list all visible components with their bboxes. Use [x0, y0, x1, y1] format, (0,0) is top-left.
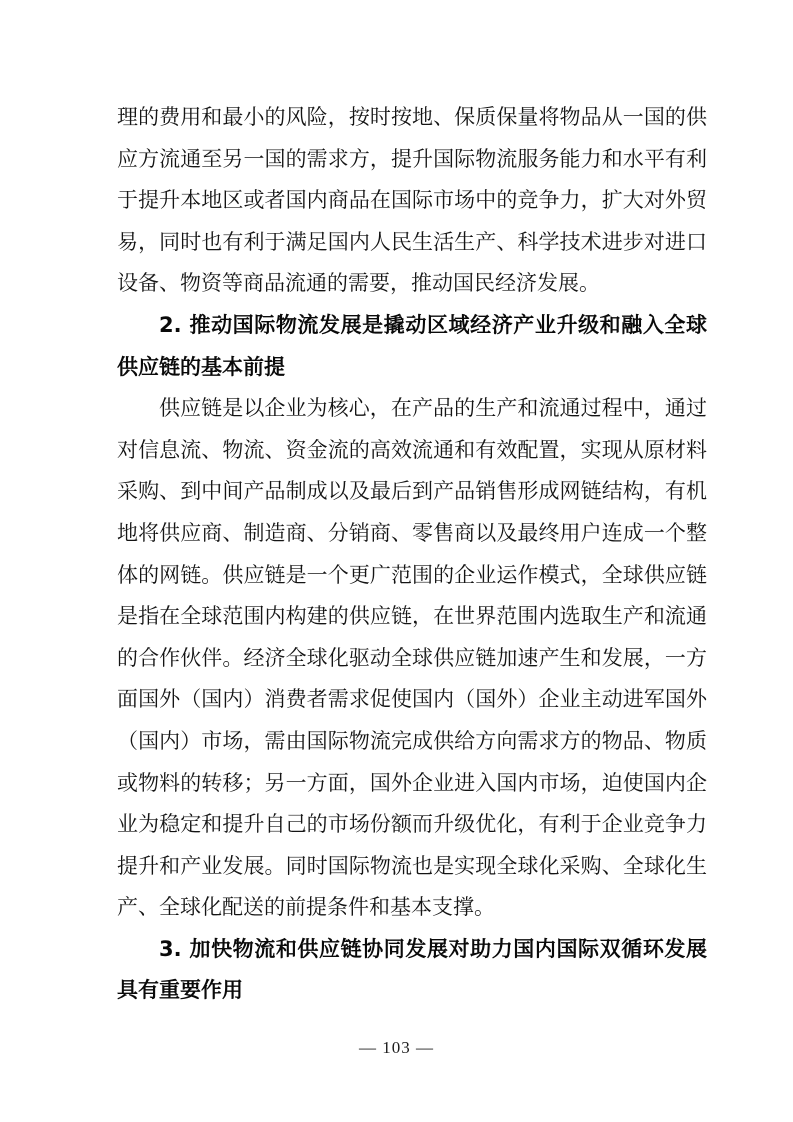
body-text-line: 面国外（国内）消费者需求促使国内（国外）企业主动进军国外: [117, 679, 707, 721]
document-page: 理的费用和最小的风险，按时按地、保质保量将物品从一国的供应方流通至另一国的需求方…: [0, 0, 793, 1122]
body-text-line: （国内）市场，需由国际物流完成供给方向需求方的物品、物质: [117, 721, 707, 763]
heading-line: 3. 加快物流和供应链协同发展对助力国内国际双循环发展: [117, 929, 707, 971]
page-body-text: 理的费用和最小的风险，按时按地、保质保量将物品从一国的供应方流通至另一国的需求方…: [117, 97, 707, 1012]
body-text-line: 体的网链。供应链是一个更广范围的企业运作模式，全球供应链: [117, 555, 707, 597]
heading-line: 具有重要作用: [117, 970, 707, 1012]
body-text-line: 地将供应商、制造商、分销商、零售商以及最终用户连成一个整: [117, 513, 707, 555]
body-text-line: 或物料的转移；另一方面，国外企业进入国内市场，迫使国内企: [117, 763, 707, 805]
body-text-line: 的合作伙伴。经济全球化驱动全球供应链加速产生和发展，一方: [117, 638, 707, 680]
body-text-line: 应方流通至另一国的需求方，提升国际物流服务能力和水平有利: [117, 139, 707, 181]
body-text-line: 提升和产业发展。同时国际物流也是实现全球化采购、全球化生: [117, 846, 707, 888]
heading-line: 2. 推动国际物流发展是撬动区域经济产业升级和融入全球: [117, 305, 707, 347]
body-text-line: 采购、到中间产品制成以及最后到产品销售形成网链结构，有机: [117, 471, 707, 513]
body-text-line: 于提升本地区或者国内商品在国际市场中的竞争力，扩大对外贸: [117, 180, 707, 222]
body-text-line: 理的费用和最小的风险，按时按地、保质保量将物品从一国的供: [117, 97, 707, 139]
body-text-line: 易，同时也有利于满足国内人民生活生产、科学技术进步对进口: [117, 222, 707, 264]
body-text-line: 产、全球化配送的前提条件和基本支撑。: [117, 887, 707, 929]
body-text-line: 供应链是以企业为核心，在产品的生产和流通过程中，通过: [117, 388, 707, 430]
body-text-line: 是指在全球范围内构建的供应链，在世界范围内选取生产和流通: [117, 596, 707, 638]
body-text-line: 设备、物资等商品流通的需要，推动国民经济发展。: [117, 263, 707, 305]
heading-line: 供应链的基本前提: [117, 347, 707, 389]
page-footer: — 103 —: [0, 1038, 793, 1058]
body-text-line: 对信息流、物流、资金流的高效流通和有效配置，实现从原材料: [117, 430, 707, 472]
page-number: — 103 —: [359, 1038, 434, 1057]
body-text-line: 业为稳定和提升自己的市场份额而升级优化，有利于企业竞争力: [117, 804, 707, 846]
